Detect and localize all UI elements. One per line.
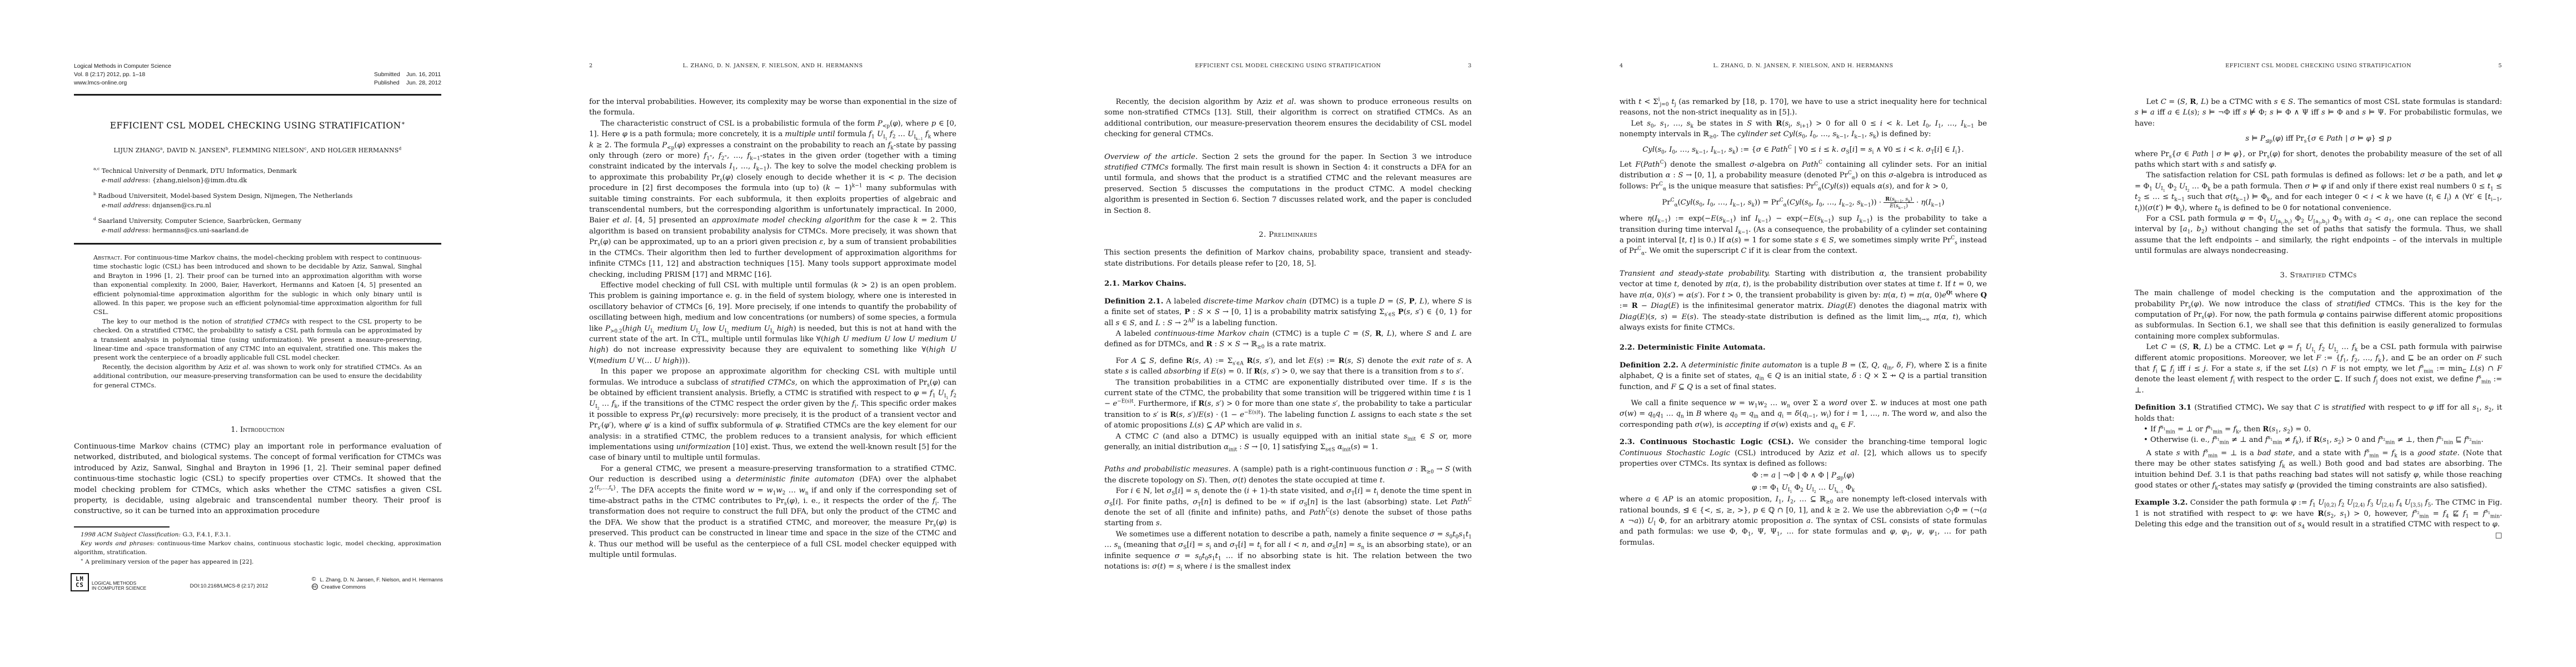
lmcs-journal-name: LOGICAL METHODS IN COMPUTER SCIENCE <box>92 581 146 591</box>
paragraph: Let F(PathC) denote the smallest σ-algeb… <box>1620 160 1987 192</box>
page-5: EFFICIENT CSL MODEL CHECKING USING STRAT… <box>2061 0 2576 667</box>
paragraph: The main challenge of model checking is … <box>2135 288 2502 342</box>
footnote-rule <box>74 526 170 527</box>
abstract-paragraph: Recently, the decision algorithm by Aziz… <box>93 363 422 390</box>
copyright-block: © L. Zhang, D. N. Jansen, F. Nielson, an… <box>312 576 443 591</box>
lmcs-logo-icon: LM CS <box>71 573 89 591</box>
journal-name: Logical Methods in Computer Science <box>74 62 171 71</box>
paragraph: We sometimes use a different notation to… <box>1104 529 1472 573</box>
affiliation-3-email: e-mail address: hermanns@cs.uni-saarland… <box>93 226 425 235</box>
subsection-heading-dfa: 2.2. Deterministic Finite Automata. <box>1620 342 1987 353</box>
submitted-label: Submitted <box>374 71 406 79</box>
definition-3-1: Definition 3.1 (Stratified CTMC). We say… <box>2135 402 2502 424</box>
definition-2-2: Definition 2.2. A deterministic finite a… <box>1620 360 1987 392</box>
masthead-left: Logical Methods in Computer Science Vol.… <box>74 62 171 87</box>
paragraph: We call a finite sequence w = w1w2 … wn … <box>1620 398 1987 430</box>
affiliation-1-name: a,c Technical University of Denmark, DTU… <box>93 166 425 176</box>
acm-classification: 1998 ACM Subject Classification: G.3, F.… <box>74 530 441 539</box>
journal-masthead: Logical Methods in Computer Science Vol.… <box>74 62 441 87</box>
subsection-heading-markov-chains: 2.1. Markov Chains. <box>1104 278 1472 289</box>
intro-paragraph: Continuous-time Markov chains (CTMC) pla… <box>74 441 441 517</box>
page-1: Logical Methods in Computer Science Vol.… <box>0 0 515 667</box>
cylinder-set-equation: Cyl(s0, I0, …, sk−1, Ik−1, sk) := {σ ∈ P… <box>1620 145 1987 155</box>
header-rule <box>74 94 441 96</box>
published-date: Jun. 28, 2012 <box>406 79 441 87</box>
running-header: 4 L. ZHANG, D. N. JANSEN, F. NIELSON, AN… <box>1620 63 1987 69</box>
paragraph: where Prs{σ ∈ Path | σ ⊨ φ}, or Prs(φ) f… <box>2135 149 2502 171</box>
paragraph: A labeled continuous-time Markov chain (… <box>1104 328 1472 350</box>
definition-bullet-2: • Otherwise (i. e., fs1min ≠ ⊥ and fs1mi… <box>2135 435 2502 445</box>
text-column: Recently, the decision algorithm by Aziz… <box>1104 97 1472 572</box>
copyright-holders: L. Zhang, D. N. Jansen, F. Nielson, and … <box>320 576 443 583</box>
paper-spread: { "document": {"kind": "journal article,… <box>0 0 2576 667</box>
lmcs-name-line2: IN COMPUTER SCIENCE <box>92 586 146 591</box>
paragraph: for the interval probabilities. However,… <box>589 97 956 118</box>
license-name: Creative Commons <box>321 583 366 590</box>
published-row: Published Jun. 28, 2012 <box>374 79 441 87</box>
affiliation-1-email: e-mail address: {zhang,nielson}@imm.dtu.… <box>93 176 425 185</box>
abstract-paragraph: Abstract. For continuous-time Markov cha… <box>93 253 422 317</box>
author-list: LIJUN ZHANGa, DAVID N. JANSENb, FLEMMING… <box>74 147 441 154</box>
affiliation-3-name: d Saarland University, Computer Science,… <box>93 216 425 226</box>
page-2: 2 L. ZHANG, D. N. JANSEN, F. NIELSON, AN… <box>515 0 1030 667</box>
page-4: 4 L. ZHANG, D. N. JANSEN, F. NIELSON, AN… <box>1546 0 2061 667</box>
preliminary-version-note: ∗ A preliminary version of the paper has… <box>74 558 441 566</box>
definition-bullet-1: • If fs1min = ⊥ or fs1min = fk, then R(s… <box>2135 424 2502 435</box>
paragraph: where a ∈ AP is an atomic proposition, I… <box>1620 494 1987 548</box>
journal-url: www.lmcs-online.org <box>74 79 171 87</box>
paragraph: The characteristic construct of CSL is a… <box>589 118 956 280</box>
csl-semantics-equation: s ⊨ P⊴p(φ) iff Prs{σ ∈ Path | σ ⊨ φ} ⊴ p <box>2135 133 2502 144</box>
page-number: 2 <box>589 63 614 69</box>
paragraph: This section presents the definition of … <box>1104 247 1472 269</box>
copyright-icon: © <box>312 576 316 583</box>
paragraph: For a general CTMC, we present a measure… <box>589 464 956 561</box>
transient-probability-paragraph: Transient and steady-state probability. … <box>1620 268 1987 333</box>
subsection-csl-paragraph: 2.3. Continuous Stochastic Logic (CSL). … <box>1620 437 1987 469</box>
paragraph: Effective model checking of full CSL wit… <box>589 280 956 366</box>
lmcs-logo-block: LM CS LOGICAL METHODS IN COMPUTER SCIENC… <box>71 573 146 591</box>
affiliations: a,c Technical University of Denmark, DTU… <box>93 166 425 241</box>
masthead-dates: Submitted Jun. 16, 2011 Published Jun. 2… <box>374 71 441 87</box>
paragraph: A state s with fsmin = ⊥ is a bad state,… <box>2135 448 2502 491</box>
running-header: EFFICIENT CSL MODEL CHECKING USING STRAT… <box>1104 63 1472 69</box>
running-authors: L. ZHANG, D. N. JANSEN, F. NIELSON, AND … <box>614 63 932 69</box>
running-header: EFFICIENT CSL MODEL CHECKING USING STRAT… <box>2135 63 2502 69</box>
paragraph: Recently, the decision algorithm by Aziz… <box>1104 97 1472 140</box>
page-number-right <box>1962 63 1987 69</box>
paragraph: with t < Σij=0 tj (as remarked by [18, p… <box>1620 97 1987 118</box>
page-number: 3 <box>1447 63 1472 69</box>
paragraph: For A ⊆ S, define R(s, A) := Σs′∈A R(s, … <box>1104 356 1472 377</box>
affiliation-3: d Saarland University, Computer Science,… <box>93 216 425 235</box>
abstract: Abstract. For continuous-time Markov cha… <box>93 253 422 390</box>
submitted-row: Submitted Jun. 16, 2011 <box>374 71 441 79</box>
paragraph: For a CSL path formula φ = Φ1 U[a1,b1) Φ… <box>2135 213 2502 257</box>
page-number: 5 <box>2478 63 2502 69</box>
paragraph: In this paper we propose an approximate … <box>589 366 956 464</box>
lmcs-logo-bottom: CS <box>76 583 84 589</box>
running-header: 2 L. ZHANG, D. N. JANSEN, F. NIELSON, AN… <box>589 63 956 69</box>
running-authors: L. ZHANG, D. N. JANSEN, F. NIELSON, AND … <box>1644 63 1962 69</box>
journal-volume: Vol. 8 (2:17) 2012, pp. 1–18 <box>74 71 171 79</box>
paths-measures-paragraph: Paths and probabilistic measures. A (sam… <box>1104 464 1472 486</box>
page-number-left <box>1104 63 1129 69</box>
definition-2-1: Definition 2.1. A labeled discrete-time … <box>1104 296 1472 328</box>
paragraph: Let C = (S, R, L) be a CTMC with s ∈ S. … <box>2135 97 2502 129</box>
lmcs-logo-top: LM <box>76 576 84 583</box>
section-heading-preliminaries: 2. Preliminaries <box>1104 230 1472 240</box>
footnotes: 1998 ACM Subject Classification: G.3, F.… <box>74 530 441 566</box>
abstract-rule <box>74 243 441 245</box>
affiliation-1: a,c Technical University of Denmark, DTU… <box>93 166 425 185</box>
paper-title: EFFICIENT CSL MODEL CHECKING USING STRAT… <box>74 121 441 131</box>
affiliation-2-name: b Radboud Universiteit, Model-based Syst… <box>93 191 425 201</box>
published-label: Published <box>374 79 406 87</box>
page-number: 4 <box>1620 63 1644 69</box>
license-row: cc Creative Commons <box>312 583 443 590</box>
paragraph: The satisfaction relation for CSL path f… <box>2135 170 2502 213</box>
csl-state-syntax-equation: Φ := a | ¬Φ | Φ ∧ Φ | P⊴p(φ) <box>1620 470 1987 481</box>
example-3-2: Example 3.2. Consider the path formula φ… <box>2135 497 2502 530</box>
section-heading-introduction: 1. Introduction <box>74 426 441 434</box>
keywords: Key words and phrases: continuous-time M… <box>74 539 441 557</box>
copyright-row: © L. Zhang, D. N. Jansen, F. Nielson, an… <box>312 576 443 583</box>
csl-path-syntax-equation: φ := Φ1 UI1 Φ2 UI2 … UIk−1 Φk <box>1620 482 1987 493</box>
paragraph: The transition probabilities in a CTMC a… <box>1104 377 1472 431</box>
abstract-paragraph: The key to our method is the notion of s… <box>93 317 422 363</box>
text-column: for the interval probabilities. However,… <box>589 97 956 560</box>
page-number-right <box>932 63 956 69</box>
running-title: EFFICIENT CSL MODEL CHECKING USING STRAT… <box>1129 63 1447 69</box>
page-number-left <box>2135 63 2159 69</box>
paragraph: where η(Ik−1) := exp(−E(sk−1) inf Ik−1) … <box>1620 213 1987 257</box>
submitted-date: Jun. 16, 2011 <box>406 71 441 79</box>
probability-measure-equation: PrCα(Cyl(s0, I0, …, Ik−1, sk)) = PrCα(Cy… <box>1620 196 1987 209</box>
doi: DOI:10.2168/LMCS-8 (2:17) 2012 <box>146 583 312 591</box>
paragraph: Let C = (S, R, L) be a CTMC. Let φ = f1 … <box>2135 342 2502 396</box>
running-title: EFFICIENT CSL MODEL CHECKING USING STRAT… <box>2159 63 2478 69</box>
creative-commons-icon: cc <box>312 584 318 590</box>
overview-paragraph: Overview of the article. Section 2 sets … <box>1104 152 1472 216</box>
affiliation-2: b Radboud Universiteit, Model-based Syst… <box>93 191 425 210</box>
page-3: EFFICIENT CSL MODEL CHECKING USING STRAT… <box>1030 0 1546 667</box>
paragraph: A CTMC C (and also a DTMC) is usually eq… <box>1104 431 1472 453</box>
text-column: Let C = (S, R, L) be a CTMC with s ∈ S. … <box>2135 97 2502 541</box>
paragraph: For i ∈ ℕ, let σS[i] = si denote the (i … <box>1104 486 1472 529</box>
affiliation-2-email: e-mail address: dnjansen@cs.ru.nl <box>93 201 425 210</box>
first-page-footer: LM CS LOGICAL METHODS IN COMPUTER SCIENC… <box>71 573 443 591</box>
section-heading-stratified-ctmcs: 3. Stratified CTMCs <box>2135 270 2502 281</box>
text-column: with t < Σij=0 tj (as remarked by [18, p… <box>1620 97 1987 548</box>
paragraph: Let s0, s1, …, sk be states in S with R(… <box>1620 118 1987 140</box>
